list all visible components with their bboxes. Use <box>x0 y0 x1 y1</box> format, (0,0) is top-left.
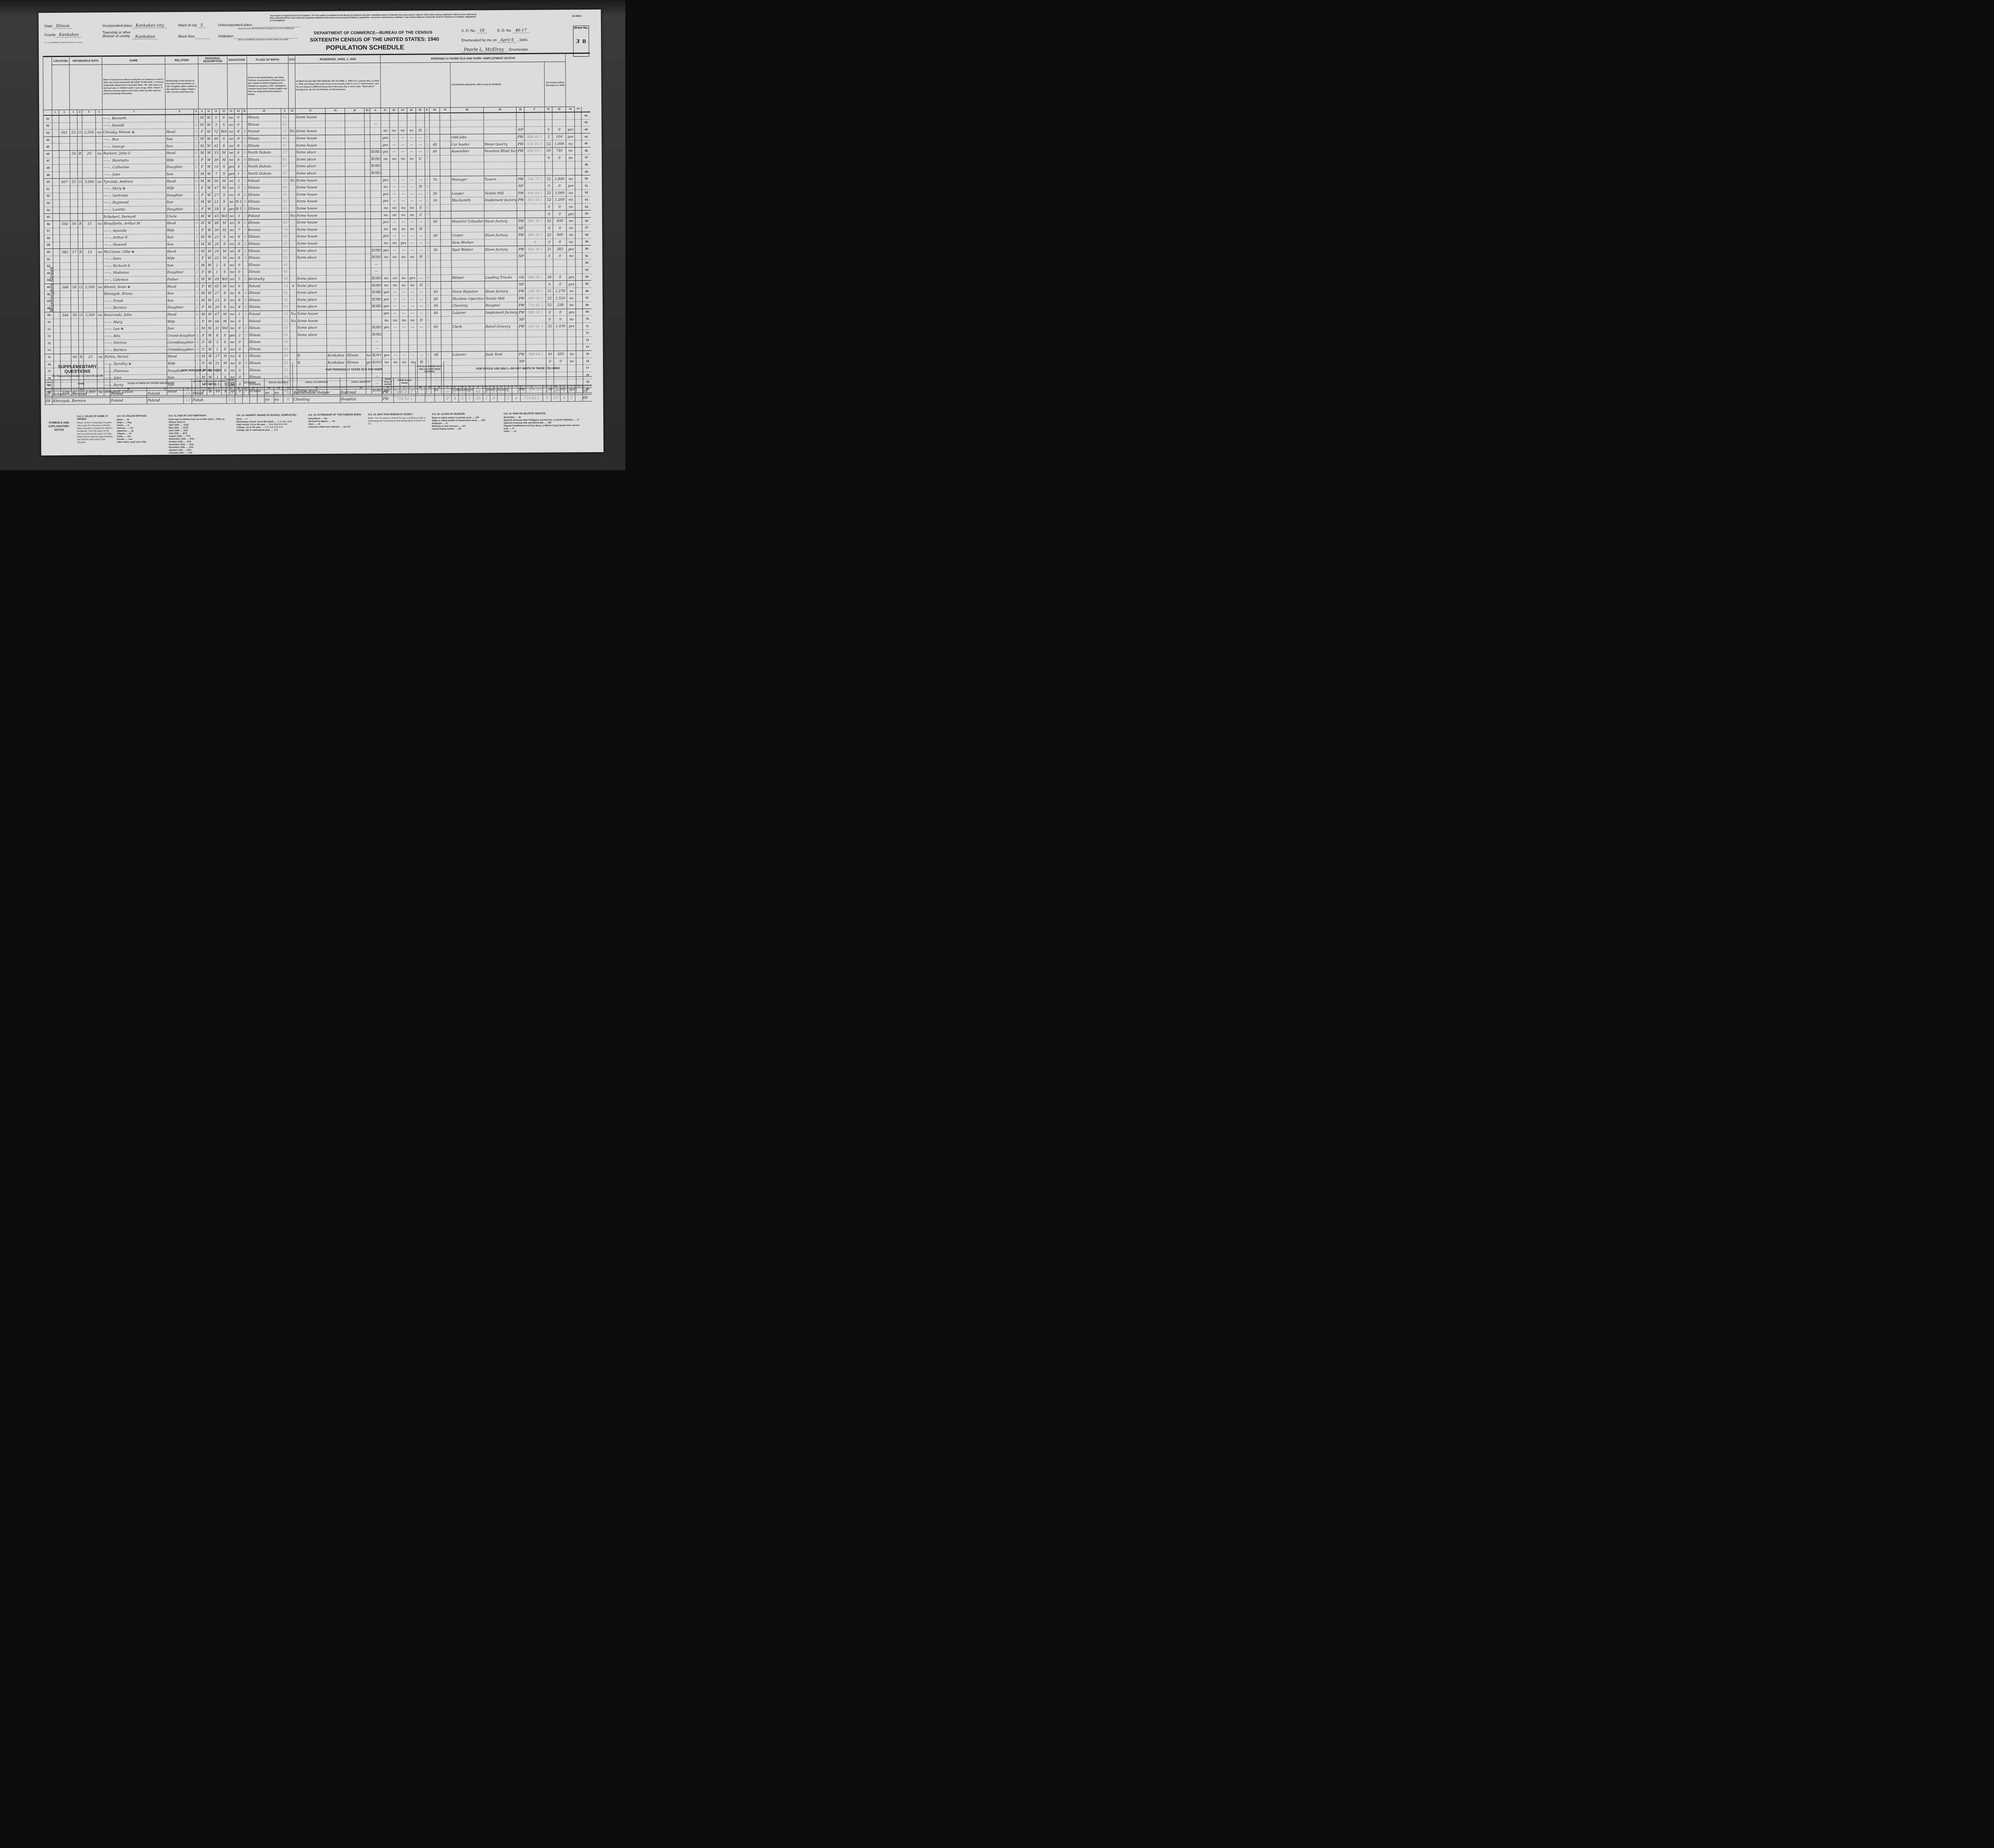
cell-own <box>78 256 83 263</box>
col-num: 31 <box>545 107 553 112</box>
cell-fam <box>71 347 79 354</box>
cell-w24: no <box>407 156 416 163</box>
line-number-right: 44 <box>581 133 590 140</box>
cell-fs <box>575 197 582 204</box>
sup-cell-cls: PW <box>382 396 394 402</box>
all-ages-header: FOR PERSONS OF ALL AGES <box>110 362 293 379</box>
cell-sch: yes <box>228 206 235 213</box>
cell-cls <box>517 169 525 176</box>
cell-w23: — <box>398 134 407 142</box>
cell-birth: Illinois <box>248 332 282 339</box>
cell-fam <box>71 298 79 305</box>
cell-ind <box>485 260 518 267</box>
cell-house <box>60 298 71 305</box>
cell-sex: F <box>199 128 205 136</box>
cell-occ <box>451 183 484 190</box>
cell-a: 0 <box>194 220 199 227</box>
cell-farm <box>97 262 103 270</box>
cell-sch: no <box>228 128 234 136</box>
cell-fam <box>70 171 78 179</box>
cell-grade: 5 <box>235 185 243 192</box>
cell-occ: Stove Repairer <box>451 288 485 296</box>
cell-grade: 8 <box>235 290 243 297</box>
cell-ind <box>485 330 518 337</box>
cell-occ <box>451 267 485 274</box>
cell-w22: no <box>390 275 399 282</box>
cell-occ: Blacksmith <box>451 197 484 204</box>
sup-cell-w49 <box>425 389 435 396</box>
cell-e: 1 <box>426 309 430 317</box>
cell-wks: 21 <box>546 246 554 253</box>
cell-w21 <box>381 169 390 177</box>
cell-ind: Stone Quarry <box>484 141 517 148</box>
cell-sch: no <box>228 136 234 143</box>
sup-col-num: H <box>227 387 235 390</box>
cell-state <box>346 289 365 296</box>
line-number-right: 63 <box>582 266 591 274</box>
cell-w22: — <box>390 191 399 198</box>
sup-cell-z <box>575 395 583 402</box>
street-cell <box>53 200 59 207</box>
cell-d: — <box>371 268 382 275</box>
cell-own <box>77 122 82 130</box>
cell-farm <box>96 157 103 164</box>
cell-w22 <box>390 169 399 177</box>
cell-sch: no <box>229 248 235 255</box>
cell-w23: — <box>398 142 407 149</box>
col-num: 6 <box>96 110 102 115</box>
cell-race: W <box>206 206 213 213</box>
cell-w24: — <box>408 296 417 303</box>
cell-oth: yes <box>567 246 575 253</box>
cell-hrs <box>430 239 441 246</box>
cell-a: 2 <box>195 262 199 269</box>
col-num: 2 <box>59 110 70 115</box>
cell-e: 1 <box>425 190 430 197</box>
line-number-right: 58 <box>582 231 591 238</box>
cell-fam <box>71 291 79 298</box>
cell-code <box>525 183 545 190</box>
cell-birth: Illinois <box>248 198 282 205</box>
census-sheet: Your report is required by Act of Congre… <box>39 10 604 456</box>
sup-cell-n: 4 <box>466 388 473 395</box>
cell-c: 40 <box>282 276 290 283</box>
col-num: 16 <box>289 108 296 114</box>
institution-note: (Name of institution and lines on which … <box>238 38 288 41</box>
cell-state <box>346 331 366 338</box>
cell-occ: Laborer <box>452 351 485 359</box>
cell-fs <box>575 203 582 211</box>
cell-age: 20 <box>213 241 221 248</box>
cell-cit: Na <box>290 311 297 318</box>
cell-c: 13 <box>282 282 290 290</box>
cell-rel: Daughter <box>166 192 194 199</box>
cell-occ <box>451 127 484 134</box>
sup-col-num: 39 <box>235 387 242 390</box>
cell-ind: Venetian Blind factory <box>484 148 517 155</box>
cell-c: 61 <box>281 114 289 121</box>
cell-rel: Son <box>166 234 195 241</box>
cell-farm35 <box>365 240 371 247</box>
women-header: FOR ALL WOMEN WHO ARE OR HAVE BEEN MARRI… <box>416 361 444 378</box>
sup-col-num: 48 <box>416 386 425 389</box>
cell-state <box>346 345 366 352</box>
cell-fs <box>575 225 582 232</box>
cell-w22: — <box>390 247 399 254</box>
cell-mar: S <box>220 136 228 143</box>
cell-w25: — <box>416 190 425 197</box>
cell-res: Same place <box>296 275 326 282</box>
cell-w21: no <box>381 205 390 212</box>
cell-county <box>326 163 345 170</box>
cell-b: 9 <box>242 205 247 213</box>
cell-fs <box>575 274 582 281</box>
cell-farm <box>96 199 103 207</box>
cell-age: 27 <box>213 353 221 360</box>
cell-val: 15 <box>83 221 97 228</box>
cell-rel: Head <box>167 311 195 318</box>
cell-res: Same house <box>296 198 326 205</box>
incorporated-field: Incorporated place Kankakee city <box>102 23 167 28</box>
cell-occ <box>451 253 485 260</box>
cell-code <box>524 120 545 127</box>
sup-cell-g: 13 <box>183 397 192 404</box>
cell-race: W <box>206 227 213 234</box>
sup-cell-s: 7 <box>505 388 512 395</box>
cell-sch: no <box>228 213 235 220</box>
cell-own: R <box>77 150 82 158</box>
cell-race: W <box>205 128 212 136</box>
cell-w24: no <box>408 211 416 219</box>
cell-cls <box>517 162 525 169</box>
col-num: D <box>370 108 381 114</box>
cell-farm <box>97 227 103 234</box>
cell-cls: PW <box>518 323 526 330</box>
col-num: 8 <box>166 109 194 114</box>
cell-w22 <box>391 331 400 338</box>
sup-col-num: 50 <box>434 386 444 389</box>
ed-field: E. D. No. 46-17 <box>497 28 529 33</box>
cell-own: O <box>78 178 83 185</box>
cell-w23 <box>400 345 408 352</box>
cell-b <box>243 318 248 325</box>
cell-rel: Head <box>167 283 195 290</box>
cell-cit <box>289 121 296 128</box>
cell-name: McClaine, Ollie ⊗ <box>103 248 166 256</box>
cell-code: 988 30 1 <box>525 218 545 225</box>
cell-w24: — <box>407 134 416 142</box>
cell-w24 <box>408 261 417 268</box>
line-number-right: 59 <box>582 238 591 246</box>
county-field: County Kankakee <box>44 33 81 37</box>
cell-w22 <box>390 120 398 128</box>
sup-cell-v41 <box>250 390 257 396</box>
line-number-right: 51 <box>582 182 591 189</box>
cell-b <box>243 283 248 290</box>
cell-birth: Illinois <box>247 135 281 142</box>
cell-a: 0 <box>194 150 199 157</box>
cell-a: 4 <box>195 346 200 353</box>
cell-sch: no <box>229 346 236 353</box>
cell-occ: Spot Welder <box>451 246 485 253</box>
cell-farm35 <box>366 331 372 338</box>
cell-cls <box>516 120 524 127</box>
cell-d: XOXO <box>371 324 382 331</box>
cell-county <box>326 219 346 226</box>
cell-grade: 8 <box>234 156 242 164</box>
cell-wks <box>545 162 553 169</box>
sup-cell-v: 9 <box>543 395 551 402</box>
cell-rel: Son <box>167 325 195 332</box>
cell-code <box>526 316 546 323</box>
cell-e: 1 <box>425 148 430 156</box>
line-number: 47 <box>43 158 52 165</box>
line-number: 42 <box>43 122 52 130</box>
cell-state <box>346 310 366 317</box>
unincorporated-note: (Name of unincorporated place having 100… <box>238 27 294 30</box>
cell-county <box>326 247 346 254</box>
cell-mar: S <box>221 234 229 241</box>
cell-race: W <box>206 192 213 199</box>
line-number-right: 46 <box>582 147 591 154</box>
cell-a: 0 <box>195 283 199 290</box>
cell-val <box>83 185 96 193</box>
col-num: B <box>242 109 247 114</box>
cell-w21 <box>382 345 391 352</box>
cell-wage: 0 <box>554 309 567 316</box>
cell-fs <box>576 302 583 309</box>
cell-fs <box>575 175 582 183</box>
cell-res: Same house <box>296 240 326 247</box>
cell-res: Same place <box>297 324 327 331</box>
cell-rel: Son <box>166 136 194 143</box>
cell-sch: no <box>229 304 235 311</box>
cell-c: 61 <box>282 247 290 254</box>
cell-race: W <box>206 220 213 227</box>
cell-oth <box>566 162 575 169</box>
cell-hrs: 40 <box>430 148 440 156</box>
cell-b <box>242 121 247 128</box>
cell-w24: — <box>408 289 417 296</box>
cell-sex: M <box>200 325 207 332</box>
line-number: 74 <box>45 347 53 354</box>
cell-w24 <box>408 338 417 345</box>
cell-own <box>79 340 83 347</box>
cell-farm <box>97 256 103 263</box>
cell-w25 <box>416 120 424 128</box>
sup-cell-name: Klenzyak, Bernice <box>52 398 110 405</box>
sup-cell-m: 1 <box>459 388 466 395</box>
cell-grade: 8 <box>235 240 243 248</box>
cell-w23 <box>399 268 408 275</box>
sup-cell-v40 <box>242 390 250 397</box>
cell-county: Kankakee <box>327 352 347 359</box>
cell-age: 5 <box>212 114 220 122</box>
cell-wage <box>553 162 566 169</box>
cell-name: ——, Mary ⊗ <box>103 185 166 193</box>
cell-ind: Stove factory <box>484 232 517 239</box>
cell-w21: yes <box>381 148 390 156</box>
cell-w24: — <box>408 232 416 240</box>
cell-wage: 1,510 <box>554 295 567 302</box>
sup-cell-h: 13 <box>227 390 235 397</box>
cell-val: 3,000 <box>83 178 96 185</box>
cell-age: 65 <box>213 213 221 220</box>
cell-rel: Son <box>166 171 194 178</box>
cell-state <box>346 233 365 240</box>
note-line: Enter age of children born on or after A… <box>169 418 233 424</box>
cell-state <box>345 156 365 163</box>
street-cell <box>52 150 59 158</box>
line-number-right: 64 <box>582 274 591 281</box>
cell-age: 33 <box>212 150 220 157</box>
cell-ind <box>484 211 517 218</box>
notes-col41: Col. 41. WAR OR MILITARY SERVICE: World … <box>504 412 583 433</box>
ed-value: 46-17 <box>513 28 529 33</box>
cell-sex: F <box>200 339 207 346</box>
cell-d <box>370 113 381 120</box>
cell-name: ——, Bernice <box>104 304 167 312</box>
cell-w24 <box>407 120 416 128</box>
cell-race: W <box>205 143 212 150</box>
cell-birth: Poland <box>248 212 282 219</box>
cell-house <box>60 354 71 361</box>
cell-code <box>524 112 545 120</box>
cell-birth: Poland <box>248 317 282 325</box>
cell-val: 13 <box>83 248 97 256</box>
cell-res <box>296 121 325 128</box>
cell-dur <box>440 155 451 162</box>
cell-county <box>325 121 345 128</box>
cell-cls: NP <box>517 183 525 190</box>
cell-w25: — <box>416 240 425 247</box>
cell-c: 61 <box>282 339 290 346</box>
cell-age: 3 <box>212 122 220 129</box>
cell-e: 1 <box>426 303 430 310</box>
cell-w22: — <box>390 296 399 303</box>
cell-wks: 0 <box>545 183 553 190</box>
cell-wage: 0 <box>553 203 566 211</box>
cell-race: W <box>206 269 213 276</box>
cell-wks: 50 <box>545 148 553 155</box>
cell-wks: 52 <box>545 197 553 204</box>
cell-w21 <box>382 331 391 338</box>
cell-own: O <box>79 312 83 319</box>
cell-a: 2 <box>195 304 199 311</box>
cell-b: 8 <box>242 128 247 136</box>
cell-hrs <box>430 211 441 219</box>
cell-sch: no <box>229 269 235 276</box>
cell-hrs: 60 <box>431 323 441 331</box>
supplementary-table: SUPPLEMENTARY QUESTIONS For Persons Enum… <box>45 361 592 405</box>
cell-d: — <box>371 338 382 345</box>
cell-fam <box>71 319 79 326</box>
cell-occ <box>451 155 484 162</box>
cell-w23 <box>398 162 407 169</box>
sup-cell-x: 1 <box>560 388 568 395</box>
cell-state <box>346 338 366 345</box>
col-num: 18 <box>325 108 345 114</box>
cell-farm <box>96 136 102 144</box>
cell-w22: no <box>391 317 400 324</box>
cell-res: Same place <box>296 163 326 170</box>
cell-hrs: 36 <box>430 246 441 254</box>
cell-cls: PW <box>517 246 525 253</box>
cell-b: 8 <box>243 304 248 311</box>
cell-race: W <box>207 318 213 325</box>
cell-county <box>327 331 346 339</box>
cell-farm <box>96 143 102 150</box>
cell-code <box>525 204 545 211</box>
street-cell <box>52 144 59 151</box>
cell-b: 8 <box>243 290 248 297</box>
sup-col-num: 44 <box>283 386 293 390</box>
cell-sex: M <box>199 122 205 129</box>
sup-cell-s43: no <box>274 396 284 403</box>
schedule-title: POPULATION SCHEDULE <box>326 44 404 52</box>
cell-mar: S <box>220 191 228 199</box>
cell-house <box>60 277 71 284</box>
cell-dur <box>441 260 451 268</box>
cell-house <box>60 347 71 354</box>
cell-mar: M <box>221 227 229 234</box>
cell-age: 23 <box>213 297 221 304</box>
cell-w21: yes <box>382 247 390 254</box>
sd-value: 18 <box>477 28 487 33</box>
cell-birth: Poland <box>247 128 281 135</box>
cell-w22: — <box>390 219 399 226</box>
cell-cit <box>290 261 296 268</box>
cell-name: Schubert, Bernard <box>103 213 166 221</box>
cell-dur <box>441 309 452 317</box>
cell-name: ——, George <box>102 143 166 150</box>
cell-race: W <box>206 185 213 192</box>
cell-occ <box>451 162 484 169</box>
cell-code <box>524 155 545 162</box>
cell-ind: Junk Yard <box>485 351 518 359</box>
sup-cell-o: 65 <box>473 388 483 395</box>
cell-w22: no <box>390 127 398 134</box>
cell-birth: Illinois <box>247 142 281 149</box>
cell-own <box>78 164 83 171</box>
cell-house <box>59 115 70 122</box>
cell-wks: 0 <box>546 239 554 246</box>
cell-w22 <box>390 162 398 169</box>
cell-cit <box>289 114 296 121</box>
employment-desc <box>380 63 451 108</box>
line-number: 70 <box>45 319 53 326</box>
cell-wage: 0 <box>553 225 567 232</box>
col-num: 11 <box>212 109 220 114</box>
cell-w21 <box>382 338 391 345</box>
cell-cit <box>290 290 296 297</box>
cell-grade: 0 <box>235 262 243 269</box>
cell-farm35 <box>365 282 371 289</box>
line-number-right: 57 <box>582 225 591 232</box>
cell-val <box>83 305 97 312</box>
cell-race: W <box>207 311 213 318</box>
cell-fs <box>575 260 582 267</box>
cell-w24: — <box>408 197 416 205</box>
cell-b: 9 <box>242 199 247 206</box>
cell-w21: yes <box>381 191 390 198</box>
cell-birth: Illinois <box>247 191 281 199</box>
cell-own <box>79 333 83 340</box>
cell-w24: no <box>407 127 416 134</box>
cell-farm35 <box>365 163 370 170</box>
cell-a: 2 <box>194 234 199 241</box>
cell-dur <box>441 331 452 338</box>
